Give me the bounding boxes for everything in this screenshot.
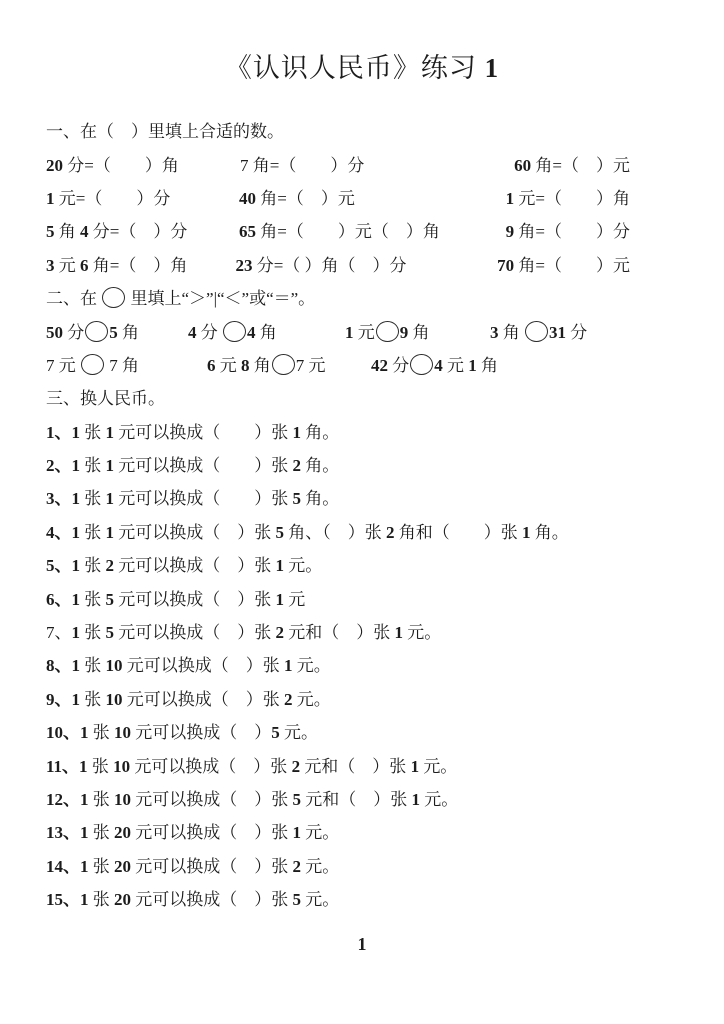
exchange-item: 14、1 张 20 元可以换成（ ）张 2 元。 (46, 848, 630, 881)
bold-number: 3、1 (46, 489, 80, 508)
bold-number: 1 (106, 489, 115, 508)
bold-number: 11、1 (46, 757, 88, 776)
answer-circle (376, 321, 399, 342)
bold-number: 2、1 (46, 456, 80, 475)
bold-number: 6、1 (46, 590, 80, 609)
page-number: 1 (0, 934, 724, 955)
expression: 23 分=（ ）角（ ）分 (235, 251, 497, 276)
expression: 9 角=（ ）分 (506, 217, 630, 242)
expression: 8、1 张 10 元可以换成（ ）张 1 元。 (46, 651, 331, 676)
exchange-item: 15、1 张 20 元可以换成（ ）张 5 元。 (46, 881, 630, 914)
bold-number: 1 (276, 590, 285, 609)
exchange-item: 7、1 张 5 元可以换成（ ）张 2 元和（ ）张 1 元。 (46, 614, 630, 647)
bold-number: 50 (46, 323, 63, 342)
compare-row: 50 分5 角4 分 4 角1 元9 角3 角 31 分 (46, 313, 630, 346)
section-2: 二、在 里填上“＞”|“＜”或“＝”。 50 分5 角4 分 4 角1 元9 角… (46, 280, 630, 380)
expression: 7 元 7 角 (46, 351, 207, 376)
section-1-header: 一、在（ ）里填上合适的数。 (46, 113, 630, 146)
expression: 40 角=（ ）元 (239, 184, 506, 209)
bold-number: 1 (106, 523, 115, 542)
bold-number: 20 (114, 857, 131, 876)
bold-number: 60 (514, 156, 531, 175)
bold-number: 4 (80, 222, 89, 241)
bold-number: 5 (106, 623, 115, 642)
bold-number: 1 (293, 823, 302, 842)
section-2-header: 二、在 里填上“＞”|“＜”或“＝”。 (46, 280, 630, 313)
exchange-item: 6、1 张 5 元可以换成（ ）张 1 元 (46, 580, 630, 613)
expression: 15、1 张 20 元可以换成（ ）张 5 元。 (46, 885, 339, 910)
expression: 3、1 张 1 元可以换成（ ）张 5 角。 (46, 484, 339, 509)
worksheet-page: 《认识人民币》练习 1 一、在（ ）里填上合适的数。 20 分=（ ）角7 角=… (0, 0, 724, 1024)
bold-number: 10 (113, 757, 130, 776)
bold-number: 1 (522, 523, 531, 542)
bold-number: 1 (106, 456, 115, 475)
bold-number: 1 (46, 189, 55, 208)
expression: 13、1 张 20 元可以换成（ ）张 1 元。 (46, 818, 339, 843)
section-3-header: 三、换人民币。 (46, 380, 630, 413)
section-2-rows: 50 分5 角4 分 4 角1 元9 角3 角 31 分7 元 7 角6 元 8… (46, 313, 630, 380)
section-1: 一、在（ ）里填上合适的数。 20 分=（ ）角7 角=（ ）分60 角=（ ）… (46, 113, 630, 280)
bold-number: 5 (276, 523, 285, 542)
exchange-item: 13、1 张 20 元可以换成（ ）张 1 元。 (46, 814, 630, 847)
fill-blank-row: 20 分=（ ）角7 角=（ ）分60 角=（ ）元 (46, 146, 630, 179)
exchange-item: 11、1 张 10 元可以换成（ ）张 2 元和（ ）张 1 元。 (46, 747, 630, 780)
page-title: 《认识人民币》练习 1 (0, 46, 724, 85)
answer-circle (525, 321, 548, 342)
bold-number: 4 (188, 323, 197, 342)
bold-number: 20 (114, 823, 131, 842)
exchange-item: 8、1 张 10 元可以换成（ ）张 1 元。 (46, 647, 630, 680)
bold-number: 1 (106, 423, 115, 442)
bold-number: 8 (241, 356, 250, 375)
expression: 4 分 4 角 (188, 318, 345, 343)
expression: 3 元 6 角=（ ）角 (46, 251, 235, 276)
bold-number: 40 (239, 189, 256, 208)
bold-number: 70 (497, 256, 514, 275)
expression: 60 角=（ ）元 (514, 151, 630, 176)
bold-number: 2 (284, 690, 293, 709)
expression: 10、1 张 10 元可以换成（ ）5 元。 (46, 718, 318, 743)
bold-number: 9、1 (46, 690, 80, 709)
bold-number: 20 (114, 890, 131, 909)
bold-number: 10 (106, 656, 123, 675)
bold-number: 10 (114, 723, 131, 742)
section-2-header-text: 二、在 里填上“＞”|“＜”或“＝”。 (46, 284, 315, 309)
expression: 3 角 31 分 (490, 318, 587, 343)
bold-number: 8、1 (46, 656, 80, 675)
bold-number: 9 (400, 323, 409, 342)
expression: 6 元 8 角7 元 (207, 351, 371, 376)
bold-number: 5 (106, 590, 115, 609)
answer-circle (81, 354, 104, 375)
fill-blank-row: 1 元=（ ）分40 角=（ ）元1 元=（ ）角 (46, 180, 630, 213)
section-3: 三、换人民币。 1、1 张 1 元可以换成（ ）张 1 角。2、1 张 1 元可… (46, 380, 630, 914)
bold-number: 14、1 (46, 857, 89, 876)
expression: 5 角 4 分=（ ）分 (46, 217, 239, 242)
bold-number: 2 (292, 757, 301, 776)
bold-number: 5 (271, 723, 280, 742)
expression: 2、1 张 1 元可以换成（ ）张 2 角。 (46, 451, 339, 476)
bold-number: 10、1 (46, 723, 89, 742)
answer-circle (85, 321, 108, 342)
bold-number: 1 (506, 189, 515, 208)
bold-number: 2 (293, 456, 302, 475)
exchange-item: 2、1 张 1 元可以换成（ ）张 2 角。 (46, 447, 630, 480)
exchange-item: 12、1 张 10 元可以换成（ ）张 5 元和（ ）张 1 元。 (46, 781, 630, 814)
section-3-header-text: 三、换人民币。 (46, 384, 165, 409)
bold-number: 5 (46, 222, 55, 241)
bold-number: 42 (371, 356, 388, 375)
expression: 70 角=（ ）元 (497, 251, 630, 276)
expression: 42 分4 元 1 角 (371, 351, 498, 376)
expression: 20 分=（ ）角 (46, 151, 240, 176)
bold-number: 1 (284, 656, 293, 675)
answer-circle (223, 321, 246, 342)
expression: 1 元=（ ）角 (506, 184, 630, 209)
bold-number: 1、1 (46, 423, 80, 442)
section-1-rows: 20 分=（ ）角7 角=（ ）分60 角=（ ）元1 元=（ ）分40 角=（… (46, 146, 630, 280)
bold-number: 1 (293, 423, 302, 442)
exchange-item: 3、1 张 1 元可以换成（ ）张 5 角。 (46, 480, 630, 513)
bold-number: 1 (395, 623, 404, 642)
bold-number: 23 (235, 256, 252, 275)
expression: 9、1 张 10 元可以换成（ ）张 2 元。 (46, 685, 331, 710)
bold-number: 4、1 (46, 523, 80, 542)
bold-number: 5 (293, 489, 302, 508)
bold-number: 10 (114, 790, 131, 809)
exchange-item: 1、1 张 1 元可以换成（ ）张 1 角。 (46, 414, 630, 447)
bold-number: 4 (434, 356, 443, 375)
bold-number: 20 (46, 156, 63, 175)
expression: 1 元=（ ）分 (46, 184, 239, 209)
expression: 1、1 张 1 元可以换成（ ）张 1 角。 (46, 418, 339, 443)
bold-number: 31 (549, 323, 566, 342)
exchange-item: 9、1 张 10 元可以换成（ ）张 2 元。 (46, 681, 630, 714)
section-3-items: 1、1 张 1 元可以换成（ ）张 1 角。2、1 张 1 元可以换成（ ）张 … (46, 414, 630, 915)
expression: 12、1 张 10 元可以换成（ ）张 5 元和（ ）张 1 元。 (46, 785, 458, 810)
fill-blank-row: 3 元 6 角=（ ）角23 分=（ ）角（ ）分70 角=（ ）元 (46, 247, 630, 280)
expression: 7、1 张 5 元可以换成（ ）张 2 元和（ ）张 1 元。 (46, 618, 441, 643)
bold-number: 13、1 (46, 823, 89, 842)
expression: 4、1 张 1 元可以换成（ ）张 5 角、（ ）张 2 角和（ ）张 1 角。 (46, 518, 569, 543)
expression: 11、1 张 10 元可以换成（ ）张 2 元和（ ）张 1 元。 (46, 752, 457, 777)
bold-number: 15、1 (46, 890, 89, 909)
worksheet-content: 一、在（ ）里填上合适的数。 20 分=（ ）角7 角=（ ）分60 角=（ ）… (46, 113, 630, 914)
bold-number: 12、1 (46, 790, 89, 809)
bold-number: 6 (207, 356, 216, 375)
expression: 50 分5 角 (46, 318, 188, 343)
answer-circle (410, 354, 433, 375)
expression: 1 元9 角 (345, 318, 490, 343)
bold-number: 5 (293, 890, 302, 909)
expression: 6、1 张 5 元可以换成（ ）张 1 元 (46, 585, 305, 610)
bold-number: 1 (468, 356, 477, 375)
expression: 14、1 张 20 元可以换成（ ）张 2 元。 (46, 852, 339, 877)
bold-number: 65 (239, 222, 256, 241)
bold-number: 3 (490, 323, 499, 342)
bold-number: 6 (80, 256, 89, 275)
exchange-item: 10、1 张 10 元可以换成（ ）5 元。 (46, 714, 630, 747)
bold-number: 1 (412, 790, 421, 809)
expression: 65 角=（ ）元（ ）角 (239, 217, 506, 242)
expression: 7 角=（ ）分 (240, 151, 508, 176)
bold-number: 3 (46, 256, 55, 275)
bold-number: 1 (345, 323, 354, 342)
expression: 5、1 张 2 元可以换成（ ）张 1 元。 (46, 551, 322, 576)
bold-number: 2 (276, 623, 285, 642)
fill-blank-row: 5 角 4 分=（ ）分65 角=（ ）元（ ）角9 角=（ ）分 (46, 213, 630, 246)
answer-circle (272, 354, 295, 375)
bold-number: 2 (106, 556, 115, 575)
bold-number: 1 (276, 556, 285, 575)
compare-row: 7 元 7 角6 元 8 角7 元42 分4 元 1 角 (46, 347, 630, 380)
bold-number: 5 (293, 790, 302, 809)
bold-number: 5、1 (46, 556, 80, 575)
section-1-header-text: 一、在（ ）里填上合适的数。 (46, 117, 284, 142)
exchange-item: 5、1 张 2 元可以换成（ ）张 1 元。 (46, 547, 630, 580)
answer-circle (102, 287, 125, 308)
bold-number: 9 (506, 222, 515, 241)
bold-number: 1 (72, 623, 81, 642)
bold-number: 4 (247, 323, 256, 342)
bold-number: 1 (485, 53, 500, 83)
bold-number: 5 (109, 323, 118, 342)
bold-number: 2 (386, 523, 395, 542)
exchange-item: 4、1 张 1 元可以换成（ ）张 5 角、（ ）张 2 角和（ ）张 1 角。 (46, 514, 630, 547)
bold-number: 10 (106, 690, 123, 709)
bold-number: 1 (411, 757, 420, 776)
bold-number: 2 (293, 857, 302, 876)
